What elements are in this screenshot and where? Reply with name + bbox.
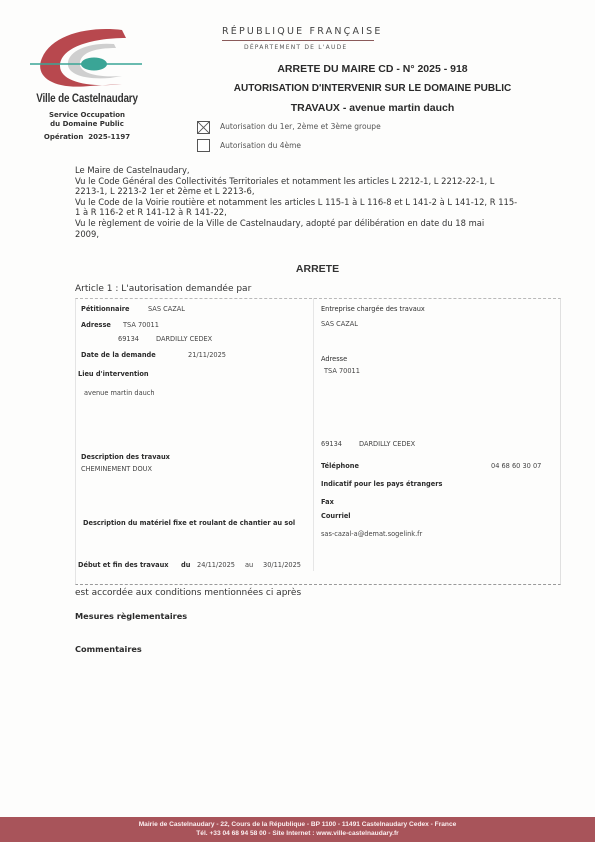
company-city: DARDILLY CEDEX bbox=[359, 440, 415, 448]
checkbox-groups-1-3[interactable] bbox=[197, 121, 210, 134]
operation-value: 2025-1197 bbox=[88, 133, 130, 141]
preamble-line: Vu le règlement de voirie de la Ville de… bbox=[75, 218, 555, 229]
works-description-value: CHEMINEMENT DOUX bbox=[81, 465, 152, 473]
petitioner-address-line1: TSA 70011 bbox=[123, 321, 159, 329]
email-label: Courriel bbox=[321, 512, 351, 520]
regulatory-measures-heading: Mesures règlementaires bbox=[75, 611, 187, 621]
petitioner-postcode: 69134 bbox=[118, 335, 139, 343]
footer-contact: Tél. +33 04 68 94 58 00 - Site Internet … bbox=[0, 830, 595, 837]
comments-heading: Commentaires bbox=[75, 644, 142, 654]
petitioner-value: SAS CAZAL bbox=[148, 305, 185, 313]
petitioner-address-label: Adresse bbox=[81, 321, 111, 329]
fax-label: Fax bbox=[321, 498, 334, 506]
company-address-label: Adresse bbox=[321, 355, 347, 363]
footer-address: Mairie de Castelnaudary - 22, Cours de l… bbox=[0, 821, 595, 828]
preamble-line: 2009, bbox=[75, 229, 555, 240]
petitioner-city: DARDILLY CEDEX bbox=[156, 335, 212, 343]
location-value: avenue martin dauch bbox=[84, 389, 155, 397]
service-line-2: du Domaine Public bbox=[22, 120, 152, 129]
period-from-value: 24/11/2025 bbox=[197, 561, 235, 569]
service-line-1: Service Occupation bbox=[22, 111, 152, 120]
company-address-line1: TSA 70011 bbox=[324, 367, 360, 375]
company-postcode: 69134 bbox=[321, 440, 342, 448]
preamble-line: Le Maire de Castelnaudary, bbox=[75, 165, 555, 176]
preamble-line: Vu le Code de la Voirie routière et nota… bbox=[75, 197, 555, 208]
period-to-value: 30/11/2025 bbox=[263, 561, 301, 569]
works-location: TRAVAUX - avenue martin dauch bbox=[200, 102, 545, 114]
article-1: Article 1 : L'autorisation demandée par bbox=[75, 284, 251, 294]
period-from-label: du bbox=[181, 561, 190, 569]
preamble-line: 1 à R 116-2 et R 141-12 à R 141-22, bbox=[75, 207, 555, 218]
operation-label: Opération bbox=[44, 133, 83, 141]
city-name: Ville de Castelnaudary bbox=[31, 93, 143, 105]
email-value: sas-cazal-a@demat.sogelink.fr bbox=[321, 530, 422, 538]
checkbox-group-4-label: Autorisation du 4ème bbox=[220, 141, 301, 150]
check-x-icon bbox=[198, 122, 209, 133]
period-to-label: au bbox=[245, 561, 253, 569]
phone-label: Téléphone bbox=[321, 462, 359, 470]
operation-number: Opération 2025-1197 bbox=[22, 133, 152, 141]
checkbox-groups-1-3-label: Autorisation du 1er, 2ème et 3ème groupe bbox=[220, 122, 381, 131]
footer-band: Mairie de Castelnaudary - 22, Cours de l… bbox=[0, 817, 595, 842]
phone-value: 04 68 60 30 07 bbox=[491, 462, 541, 470]
location-label: Lieu d'intervention bbox=[78, 370, 149, 378]
petitioner-label: Pétitionnaire bbox=[81, 305, 129, 313]
request-date-value: 21/11/2025 bbox=[188, 351, 226, 359]
works-period-label: Début et fin des travaux bbox=[78, 561, 169, 569]
preamble-line: Vu le Code Général des Collectivités Ter… bbox=[75, 176, 555, 187]
granted-text: est accordée aux conditions mentionnées … bbox=[75, 588, 301, 598]
city-logo-icon bbox=[30, 28, 142, 92]
equipment-description-label: Description du matériel fixe et roulant … bbox=[83, 519, 295, 527]
republic-heading: RÉPUBLIQUE FRANÇAISE bbox=[222, 26, 383, 37]
preamble: Le Maire de Castelnaudary, Vu le Code Gé… bbox=[75, 165, 555, 239]
preamble-line: 2213-1, L 2213-2 1er et 2ème et L 2213-6… bbox=[75, 186, 555, 197]
decree-title: ARRETE DU MAIRE CD - N° 2025 - 918 bbox=[200, 63, 545, 75]
decree-subtitle: AUTORISATION D'INTERVENIR SUR LE DOMAINE… bbox=[200, 83, 545, 94]
works-description-label: Description des travaux bbox=[81, 453, 170, 461]
company-value: SAS CAZAL bbox=[321, 320, 358, 328]
request-date-label: Date de la demande bbox=[81, 351, 156, 359]
department-line: DÉPARTEMENT DE L'AUDE bbox=[244, 44, 347, 51]
form-column-divider bbox=[313, 298, 314, 571]
checkbox-group-4[interactable] bbox=[197, 139, 210, 152]
intl-code-label: Indicatif pour les pays étrangers bbox=[321, 480, 442, 488]
arrete-heading: ARRETE bbox=[270, 263, 365, 275]
company-label: Entreprise chargée des travaux bbox=[321, 305, 425, 313]
header-rule bbox=[222, 40, 374, 41]
authorization-form-box bbox=[75, 298, 561, 585]
